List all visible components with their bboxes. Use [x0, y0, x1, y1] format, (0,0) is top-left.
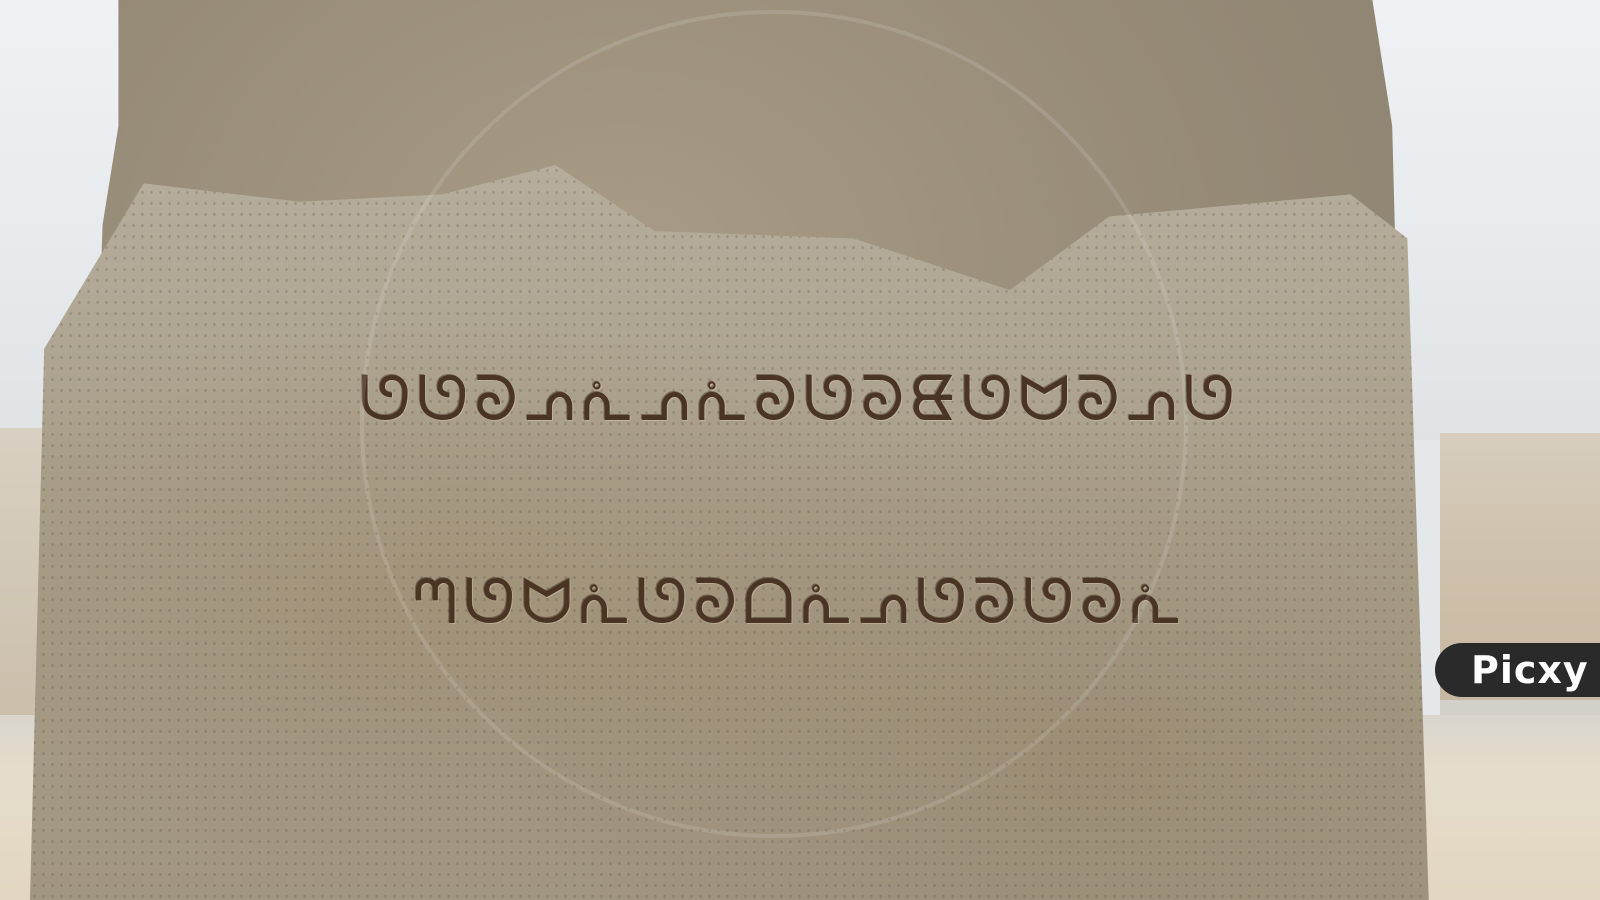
- watermark-ring: [360, 10, 1188, 838]
- picxy-logo-text: Picxy: [1471, 648, 1589, 692]
- photo-scene: ᘎᘎᘐᕄᕅᕄᕅᘐᘎᘐᘀᘎᗢᘐᕄᘎ ᘉᘎᗢᕅᘎᘐᗝᕅᕄᘎᘐᘎᘐᕅ Picxy: [0, 0, 1600, 900]
- picxy-watermark-badge: Picxy: [1435, 643, 1600, 697]
